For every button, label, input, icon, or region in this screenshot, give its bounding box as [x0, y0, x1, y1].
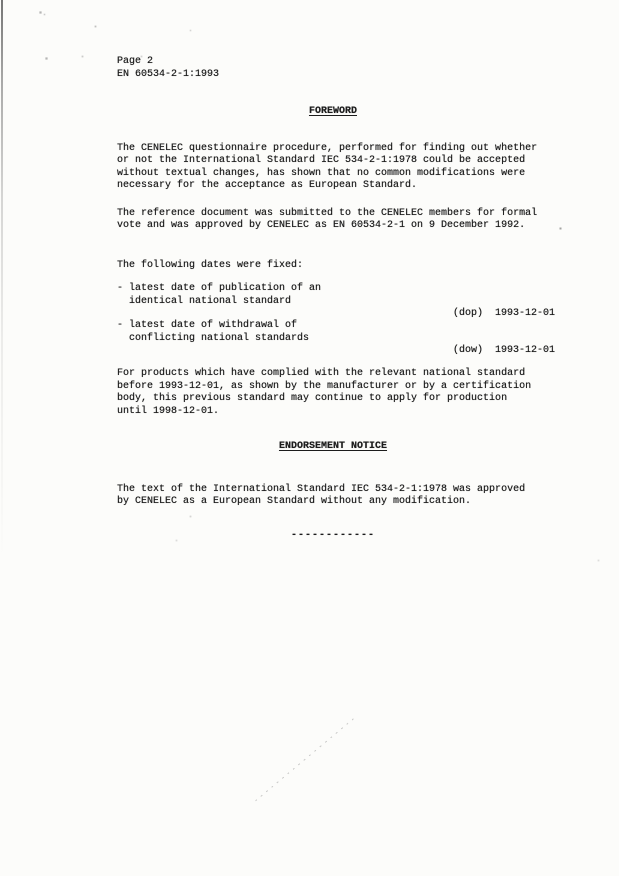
standard-reference: EN 60534-2-1:1993 [117, 69, 549, 82]
date-item-withdrawal: - latest date of withdrawal of conflicti… [117, 320, 549, 345]
date-dow: 1993-12-01 [495, 345, 555, 356]
scan-edge-artifact [1, 0, 3, 560]
scan-scratch-artifact [255, 716, 357, 802]
endorsement-paragraph: The text of the International Standard I… [117, 484, 549, 509]
document-page: Page 2 EN 60534-2-1:1993 FOREWORD The CE… [0, 0, 619, 876]
date-value: (dow)1993-12-01 [405, 333, 555, 371]
scan-specks [0, 0, 1, 1]
dates-intro: The following dates were fixed: [117, 260, 549, 273]
foreword-paragraph-1: The CENELEC questionnaire procedure, per… [117, 143, 549, 193]
date-code-dow: (dow) [453, 345, 483, 356]
page-content: Page 2 EN 60534-2-1:1993 FOREWORD The CE… [117, 56, 549, 542]
date-dop: 1993-12-01 [495, 308, 555, 319]
separator-dashes: ------------ [117, 530, 549, 543]
date-code-dop: (dop) [453, 308, 483, 319]
foreword-paragraph-2: The reference document was submitted to … [117, 208, 549, 233]
date-item-publication: - latest date of publication of an ident… [117, 283, 549, 308]
compliance-paragraph: For products which have complied with th… [117, 368, 549, 418]
foreword-title: FOREWORD [117, 106, 549, 119]
page-number: Page 2 [117, 56, 549, 69]
endorsement-notice-title: ENDORSEMENT NOTICE [117, 441, 549, 454]
